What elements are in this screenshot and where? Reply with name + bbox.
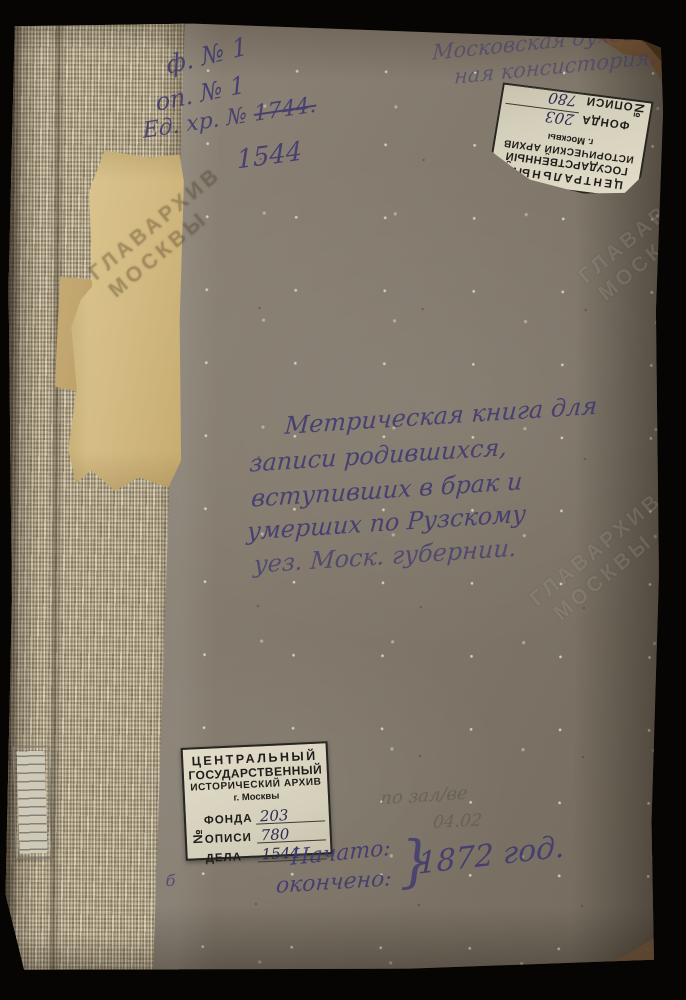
row-label: ОПИСИ: [205, 832, 257, 846]
book-cover: ГЛАВАРХИВ МОСКВЫ ГЛАВАРХИВ МОСКВЫ ГЛАВАР…: [3, 22, 665, 974]
row-label: ДЕЛА: [205, 851, 257, 865]
row-label: ФОНДА: [204, 813, 256, 827]
row-value-handwritten: 203: [256, 806, 326, 824]
stray-ink-mark: б: [166, 871, 176, 890]
pencil-note-line2: 04.02: [432, 810, 483, 832]
archive-label-no-symbol: №: [631, 103, 648, 119]
photo-background: ГЛАВАРХИВ МОСКВЫ ГЛАВАРХИВ МОСКВЫ ГЛАВАР…: [0, 0, 686, 1000]
row-value-handwritten: 780: [256, 825, 326, 843]
spine-label: [13, 746, 52, 859]
archive-label-no-symbol: №: [190, 829, 206, 844]
